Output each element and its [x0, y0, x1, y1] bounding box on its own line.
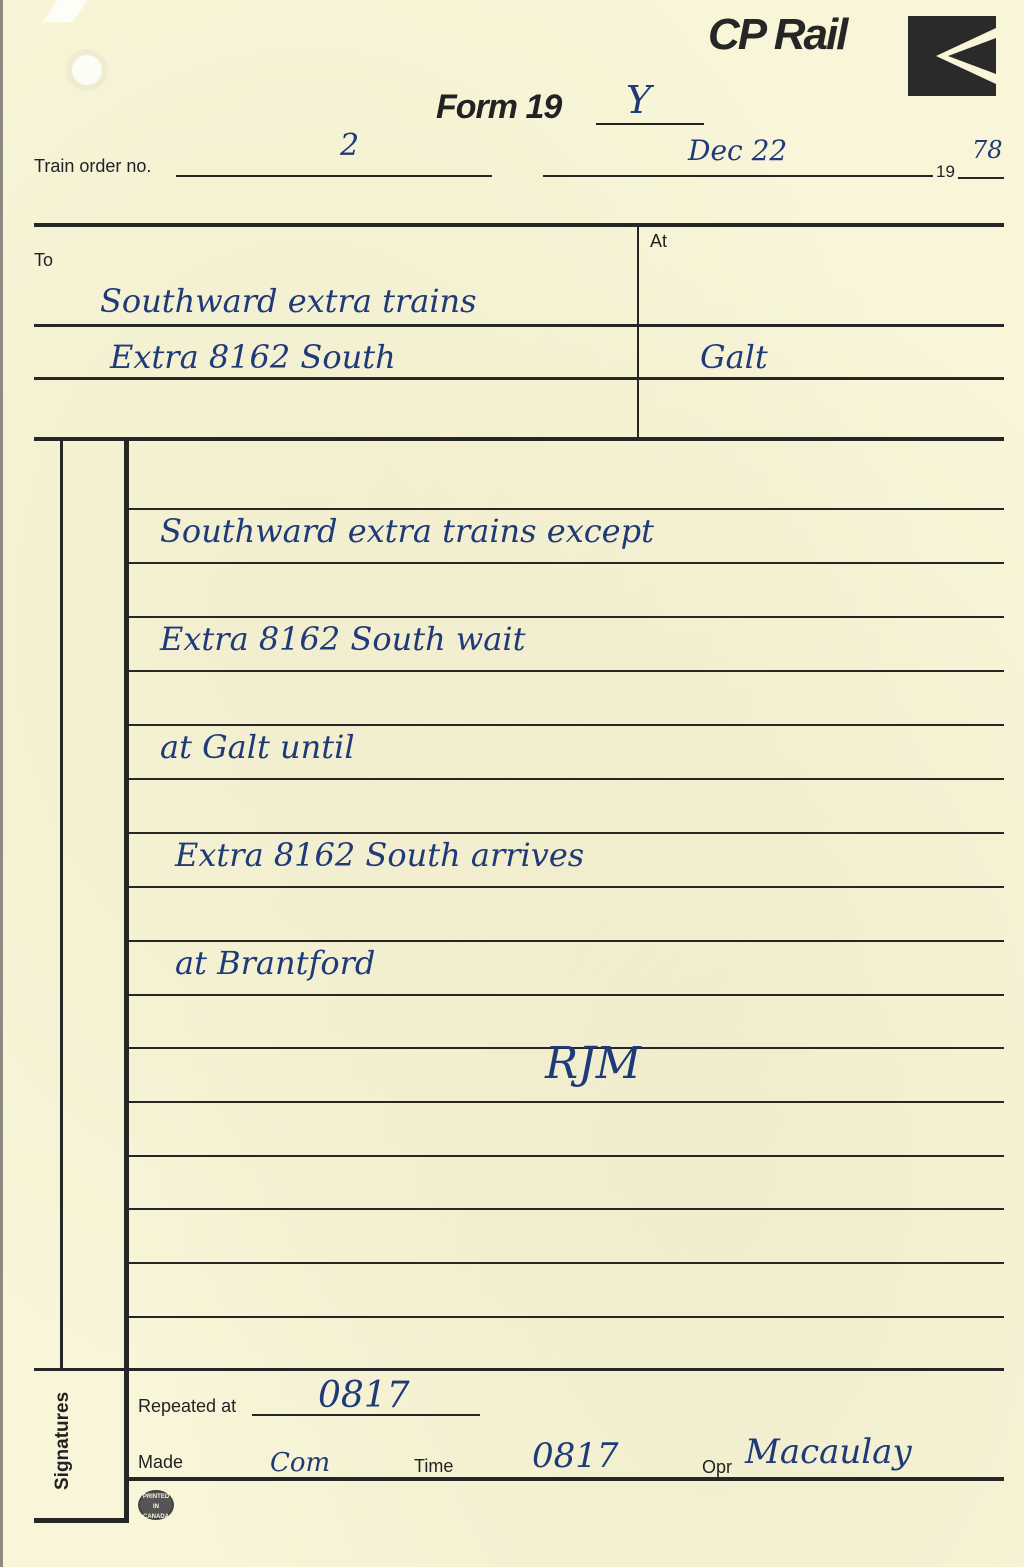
- time-label: Time: [414, 1456, 453, 1477]
- ruled-line: [128, 616, 1004, 618]
- date-underline: [543, 175, 933, 177]
- body-left-rule: [124, 440, 129, 1522]
- form-suffix-field[interactable]: Y: [626, 78, 651, 122]
- time-field[interactable]: 0817: [532, 1436, 619, 1476]
- repeated-at-label: Repeated at: [138, 1396, 236, 1417]
- to-line-1-rule: [34, 324, 1004, 327]
- year-underline: [958, 177, 1004, 179]
- repeated-at-field[interactable]: 0817: [318, 1375, 410, 1416]
- form-title: Form 19: [436, 88, 561, 127]
- at-label: At: [650, 231, 667, 252]
- to-at-divider: [637, 225, 639, 439]
- signature-column-left-rule: [60, 440, 63, 1370]
- made-label: Made: [138, 1452, 183, 1473]
- ruled-line: [128, 562, 1004, 564]
- to-block-top-rule: [34, 223, 1004, 227]
- train-order-label: Train order no.: [34, 156, 151, 177]
- order-text-line-5[interactable]: at Brantford: [175, 944, 375, 982]
- date-field[interactable]: Dec 22: [688, 134, 787, 167]
- ruled-line: [128, 1101, 1004, 1103]
- brand-name: CP Rail: [708, 10, 846, 60]
- made-field[interactable]: Com: [270, 1448, 330, 1478]
- dispatcher-initials[interactable]: RJM: [545, 1038, 641, 1089]
- order-text-line-3[interactable]: at Galt until: [160, 728, 355, 766]
- train-order-form: CP Rail Form 19 Y Train order no. 2 Dec …: [0, 0, 1024, 1567]
- order-text-line-2[interactable]: Extra 8162 South wait: [160, 620, 525, 658]
- to-label: To: [34, 250, 53, 271]
- year-field[interactable]: 78: [972, 136, 1003, 164]
- at-field[interactable]: Galt: [700, 338, 768, 376]
- punch-hole: [72, 55, 102, 85]
- ruled-line: [128, 886, 1004, 888]
- footer-bottom-rule: [128, 1477, 1004, 1481]
- signature-box-bottom-rule: [34, 1518, 129, 1523]
- order-text-line-1[interactable]: Southward extra trains except: [160, 512, 654, 550]
- ruled-line: [128, 1155, 1004, 1157]
- to-field-line-2[interactable]: Extra 8162 South: [110, 338, 396, 376]
- printed-in-canada-badge: PRINTED IN CANADA: [138, 1490, 174, 1520]
- ruled-line: [128, 832, 1004, 834]
- ruled-line: [128, 940, 1004, 942]
- ruled-line: [128, 994, 1004, 996]
- cp-rail-multimark-icon: [908, 16, 996, 96]
- ruled-line: [128, 1208, 1004, 1210]
- form-suffix-underline: [596, 123, 704, 125]
- ruled-line: [128, 1262, 1004, 1264]
- paper-edge: [0, 0, 3, 1567]
- ruled-line: [128, 778, 1004, 780]
- train-order-underline: [176, 175, 492, 177]
- torn-corner: [42, 0, 87, 22]
- signatures-label: Signatures: [52, 1370, 74, 1490]
- operator-label: Opr: [702, 1457, 732, 1478]
- operator-field[interactable]: Macaulay: [745, 1432, 912, 1472]
- body-bottom-rule: [34, 1368, 1004, 1371]
- to-field-line-1[interactable]: Southward extra trains: [100, 282, 477, 320]
- body-top-rule: [34, 437, 1004, 441]
- train-order-field[interactable]: 2: [340, 128, 359, 163]
- year-prefix: 19: [936, 162, 955, 182]
- ruled-line: [128, 508, 1004, 510]
- to-line-2-rule: [34, 377, 1004, 380]
- ruled-line: [128, 724, 1004, 726]
- order-text-line-4[interactable]: Extra 8162 South arrives: [175, 836, 584, 874]
- ruled-line: [128, 670, 1004, 672]
- ruled-line: [128, 1316, 1004, 1318]
